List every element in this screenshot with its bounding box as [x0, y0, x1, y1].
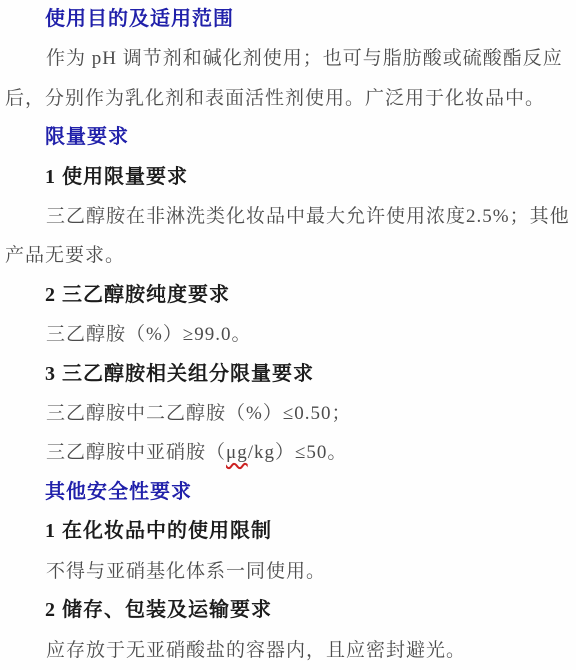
paragraph-text: /kg）≤50。 [248, 442, 348, 463]
document-content: 使用目的及适用范围作为 pH 调节剂和碱化剂使用；也可与脂肪酸或硫酸酯反应后，分… [0, 0, 576, 670]
sub-heading: 1 在化妆品中的使用限制 [45, 512, 576, 551]
section-heading: 限量要求 [45, 118, 576, 157]
sub-heading: 1 使用限量要求 [45, 158, 576, 197]
paragraph: 三乙醇胺在非淋洗类化妆品中最大允许使用浓度2.5%；其他产品无要求。 [5, 197, 576, 276]
document-page: 使用目的及适用范围作为 pH 调节剂和碱化剂使用；也可与脂肪酸或硫酸酯反应后，分… [0, 0, 576, 670]
sub-heading: 2 储存、包装及运输要求 [45, 591, 576, 630]
paragraph-text: 三乙醇胺中亚硝胺（ [46, 442, 226, 463]
paragraph: 三乙醇胺中二乙醇胺（%）≤0.50； [5, 394, 576, 433]
paragraph: 三乙醇胺中亚硝胺（μg/kg）≤50。 [5, 433, 576, 472]
paragraph: 作为 pH 调节剂和碱化剂使用；也可与脂肪酸或硫酸酯反应后，分别作为乳化剂和表面… [5, 39, 576, 118]
spellcheck-underline: μg [226, 442, 248, 463]
paragraph: 不得与亚硝基化体系一同使用。 [5, 552, 576, 591]
sub-heading: 3 三乙醇胺相关组分限量要求 [45, 355, 576, 394]
paragraph: 三乙醇胺（%）≥99.0。 [5, 315, 576, 354]
section-heading: 使用目的及适用范围 [45, 0, 576, 39]
paragraph: 应存放于无亚硝酸盐的容器内，且应密封避光。 [5, 631, 576, 670]
sub-heading: 2 三乙醇胺纯度要求 [45, 276, 576, 315]
section-heading: 其他安全性要求 [45, 473, 576, 512]
